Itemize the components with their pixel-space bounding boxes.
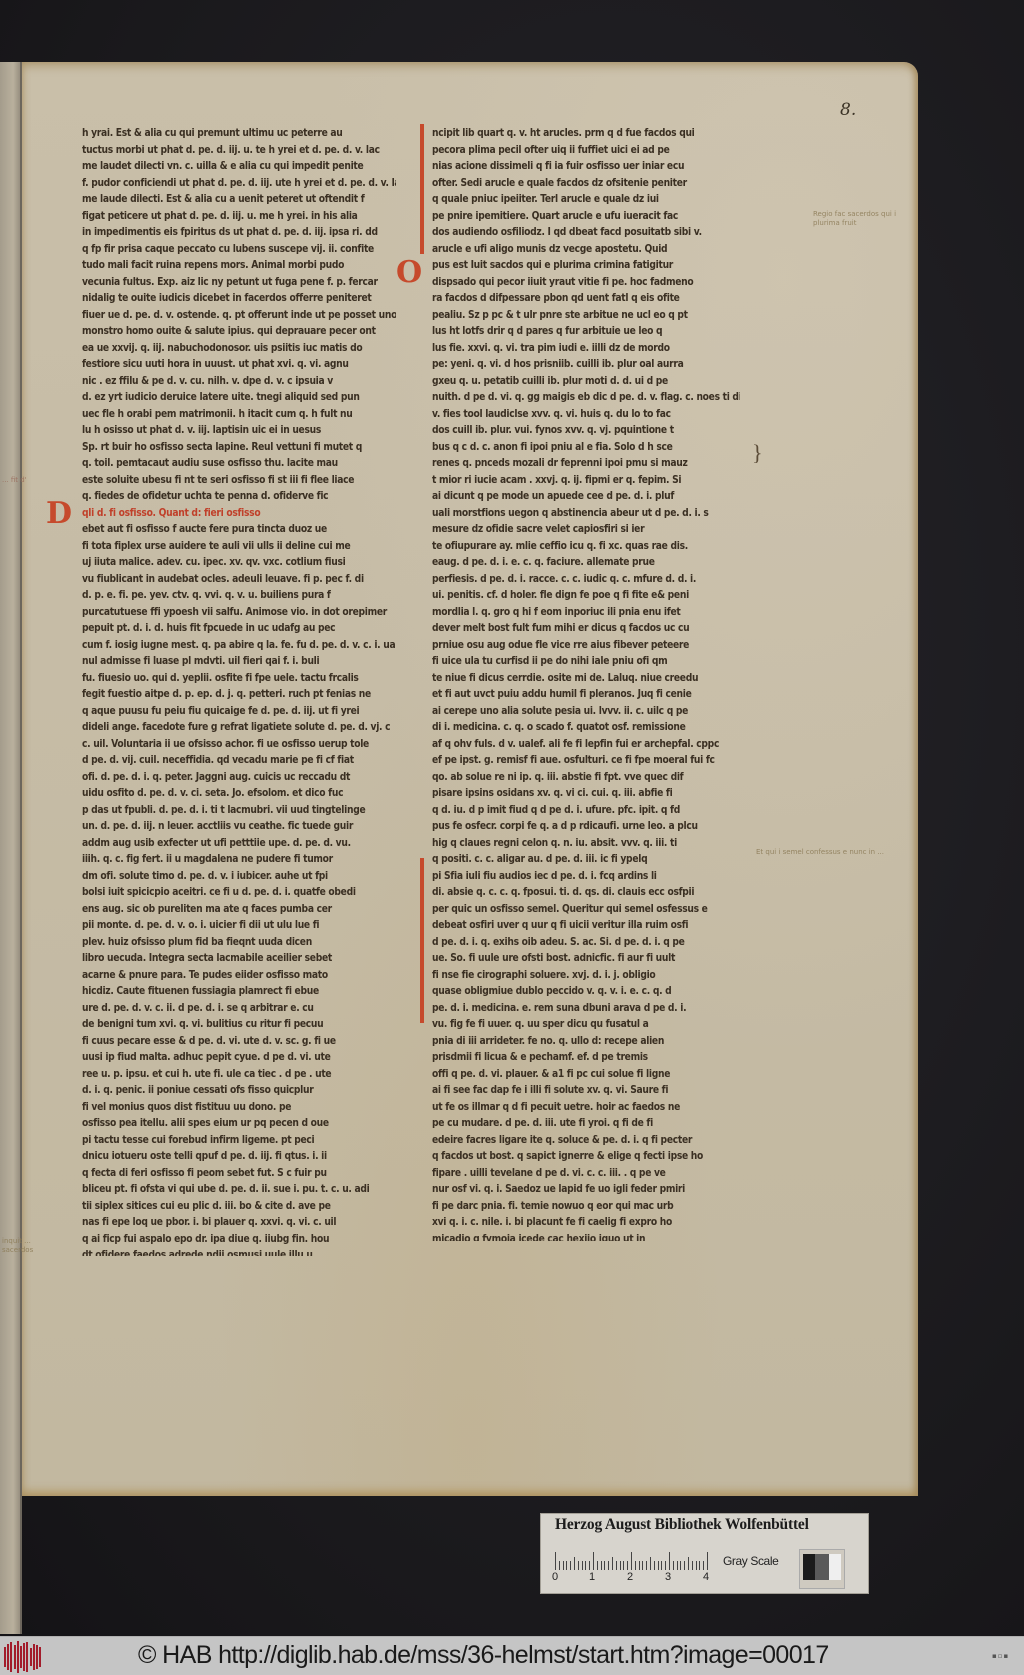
text-line: dt ofidere faedos adrede ndii osmusi uul… <box>82 1248 396 1256</box>
ruler-tick <box>661 1561 662 1570</box>
marginal-note-left-bottom: inquit ... sacerdos <box>2 1237 60 1255</box>
text-line: tuctus morbi ut phat d. pe. d. iij. u. t… <box>82 143 396 160</box>
text-line: q ai ficp fui aspalo epo dr. ipa diue q.… <box>82 1232 396 1249</box>
text-line: q facdos ut bost. q sapict ignerre & eli… <box>432 1149 740 1166</box>
text-line: offi q pe. d. vi. plauer. & a1 fi pc cui… <box>432 1067 740 1084</box>
text-line: ofter. Sedi arucle e quale facdos dz ofs… <box>432 176 740 193</box>
text-line: pii monte. d. pe. d. v. o. i. uicier fi … <box>82 918 396 935</box>
text-line: dos audiendo osfiliodz. I qd dbeat facd … <box>432 225 740 242</box>
text-line: ens aug. sic ob pureliten ma ate q faces… <box>82 902 396 919</box>
ruler-tick <box>692 1561 693 1570</box>
bracket-mark: } <box>752 440 763 466</box>
ruler-tick <box>623 1561 624 1570</box>
ruler <box>555 1552 713 1570</box>
ruler-tick <box>585 1561 586 1570</box>
text-line: pe: yeni. q. vi. d hos prisniib. cuilli … <box>432 357 740 374</box>
text-line: nias acione dissimeli q fi ia fuir osfis… <box>432 159 740 176</box>
logo-bar <box>39 1647 41 1667</box>
text-line: te niue fi dicus cerrdie. osite mi de. L… <box>432 671 740 688</box>
text-line: pi tactu tesse cui forebud infirm ligeme… <box>82 1133 396 1150</box>
text-line: fi tota fiplex urse auidere te auli vii … <box>82 539 396 556</box>
ruler-tick <box>559 1561 560 1570</box>
text-line: ut fe os illmar q d fi pecuit uetre. hoi… <box>432 1100 740 1117</box>
logo-bar <box>23 1643 25 1671</box>
text-line: uusi ip fiud malta. adhuc pepit cyue. d … <box>82 1050 396 1067</box>
text-line: uidu osfito d. pe. d. v. ci. seta. Jo. e… <box>82 786 396 803</box>
source-link[interactable]: © HAB http://diglib.hab.de/mss/36-helmst… <box>138 1641 829 1670</box>
text-line: monstro homo ouite & salute ipius. qui d… <box>82 324 396 341</box>
text-line: q fecta di feri osfisso fi peom sebet fu… <box>82 1166 396 1183</box>
ruler-tick <box>703 1561 704 1570</box>
text-line: este soluite ubesu fi nt te seri osfisso… <box>82 473 396 490</box>
text-line: h yrai. Est & alia cu qui premunt ultimu… <box>82 126 396 143</box>
ruler-label: 1 <box>589 1571 595 1583</box>
ruler-tick <box>570 1561 571 1570</box>
text-line: pepuit pt. d. i. d. huis fit fpcuede in … <box>82 621 396 638</box>
text-line: uj iiuta malice. adev. cu. ipec. xv. qv.… <box>82 555 396 572</box>
text-line: lus fie. xxvi. q. vi. tra pim iudi e. ii… <box>432 341 740 358</box>
ruler-tick <box>631 1552 632 1570</box>
text-line: bolsi iuit spicicpio aceitri. ce fi u d.… <box>82 885 396 902</box>
text-line: debeat osfiri uver q uur q fi uicii veri… <box>432 918 740 935</box>
text-line: fi pe darc pnia. fi. temie nowuo q eor q… <box>432 1199 740 1216</box>
text-line: lu h osisso ut phat d. v. iij. laptisin … <box>82 423 396 440</box>
text-line: ra facdos d difpessare pbon qd uent fatl… <box>432 291 740 308</box>
ruler-tick <box>642 1561 643 1570</box>
text-line: f. pudor conficiendi ut phat d. pe. d. i… <box>82 176 396 193</box>
text-line: q. toil. pemtacaut audiu suse osfisso th… <box>82 456 396 473</box>
text-line: vu fiublicant in audebat ocles. adeuli l… <box>82 572 396 589</box>
text-line: lus ht lotfs drir q d pares q fur arbitu… <box>432 324 740 341</box>
viewer-tools-icon[interactable]: ▪▫▪ <box>992 1652 1009 1660</box>
text-line: purcatutuese ffi ypoesh vii salfu. Animo… <box>82 605 396 622</box>
ruler-tick <box>582 1561 583 1570</box>
color-scale-card: Herzog August Bibliothek Wolfenbüttel 0 … <box>540 1513 869 1594</box>
text-line: Sp. rt buir ho osfisso secta lapine. Reu… <box>82 440 396 457</box>
ruler-tick <box>684 1561 685 1570</box>
footer-bar: © HAB http://diglib.hab.de/mss/36-helmst… <box>0 1636 1024 1675</box>
text-line: ai fi see fac dap fe i illi fi solute xv… <box>432 1083 740 1100</box>
swatch-gray <box>815 1554 829 1580</box>
text-line: dever melt bost fult fum mihi er dicus q… <box>432 621 740 638</box>
marginal-note-left-middle: ... fit d' <box>2 476 62 485</box>
ruler-tick <box>601 1561 602 1570</box>
ruler-label: 4 <box>703 1571 709 1583</box>
text-line: hig q claues regni celon q. n. iu. absit… <box>432 836 740 853</box>
text-line: d. i. q. penic. ii poniue cessati ofs fi… <box>82 1083 396 1100</box>
text-line: dideli ange. facedote fure g refrat liga… <box>82 720 396 737</box>
folio-number: 8. <box>840 100 856 120</box>
text-line: fi uice ula tu curfisd ii pe do nihi ial… <box>432 654 740 671</box>
text-line: ea ue xxvij. q. iij. nabuchodonosor. uis… <box>82 341 396 358</box>
ruler-labels: 0 1 2 3 4 <box>552 1571 722 1585</box>
swatch-black <box>803 1554 815 1580</box>
text-line: d. p. e. fi. pe. yev. ctv. q. vvi. q. v.… <box>82 588 396 605</box>
ruler-tick <box>639 1561 640 1570</box>
text-line: et fi aut uvct puiu addu humil fi pleran… <box>432 687 740 704</box>
text-line: pisare ipsins osidans xv. q. vi ci. cui.… <box>432 786 740 803</box>
ruler-tick <box>707 1552 708 1570</box>
text-line: nul admisse fi luase pl mdvti. uil fieri… <box>82 654 396 671</box>
text-line: pe cu mudare. d pe. d. iii. ute fi yroi.… <box>432 1116 740 1133</box>
text-line: q quale pniuc ipeiiter. Terl arucle e qu… <box>432 192 740 209</box>
text-line: mordlia l. q. gro q hi f eom inporiuc il… <box>432 605 740 622</box>
text-line: prniue osu aug odue fle vice rre aius fi… <box>432 638 740 655</box>
ruler-tick <box>597 1561 598 1570</box>
text-line: ui. penitis. cf. d holer. fle dign fe po… <box>432 588 740 605</box>
text-line: ncipit lib quart q. v. ht arucles. prm q… <box>432 126 740 143</box>
text-line: uali morstfions uegon q abstinencia abeu… <box>432 506 740 523</box>
text-line: in impedimentis eis fpiritus ds ut phat … <box>82 225 396 242</box>
text-line: de benigni tum xvi. q. vi. bulitius cu r… <box>82 1017 396 1034</box>
text-line: ofi. d. pe. d. i. q. peter. Jaggni aug. … <box>82 770 396 787</box>
logo-bar <box>33 1644 35 1670</box>
ruler-label: 3 <box>665 1571 671 1583</box>
text-line: ef pe ipst. g. remisf fi aue. osfulturi.… <box>432 753 740 770</box>
text-line: pe pnire ipemitiere. Quart arucle e ufu … <box>432 209 740 226</box>
logo-bar <box>10 1642 12 1672</box>
ruler-tick <box>650 1557 651 1570</box>
text-line: fi vel monius quos dist fistituu uu dono… <box>82 1100 396 1117</box>
text-line: pnia di iii arrideter. fe no. q. ullo d:… <box>432 1034 740 1051</box>
initial-O: O <box>396 255 422 290</box>
text-line: mesure dz ofidie sacre velet capiosfiri … <box>432 522 740 539</box>
ruler-tick <box>589 1561 590 1570</box>
text-line: bus q c d. c. anon fi ipoi pniu al e fia… <box>432 440 740 457</box>
ruler-tick <box>635 1561 636 1570</box>
text-line: iiih. q. c. fig fert. ii u magdalena ne … <box>82 852 396 869</box>
text-line: d. ez yrt iudicio deruice latere uite. t… <box>82 390 396 407</box>
ruler-label: 2 <box>627 1571 633 1583</box>
text-line: osfisso pea itellu. alii spes eium ur pq… <box>82 1116 396 1133</box>
text-line: figat peticere ut phat d. pe. d. iij. u.… <box>82 209 396 226</box>
ruler-tick <box>677 1561 678 1570</box>
ruler-tick <box>669 1552 670 1570</box>
ruler-tick <box>616 1561 617 1570</box>
text-line: arucle e ufi aligo munis dz vecge aposte… <box>432 242 740 259</box>
text-line: quase obligmiue dublo peccido v. q. v. i… <box>432 984 740 1001</box>
ruler-tick <box>620 1561 621 1570</box>
text-line: me laudet dilecti vn. c. uilla & e alia … <box>82 159 396 176</box>
text-line: libro uecuda. Integra secta lacmabile ac… <box>82 951 396 968</box>
text-line: d pe. d. i. q. exihs oib adeu. S. ac. Si… <box>432 935 740 952</box>
text-line: pus est Iuit sacdos qui e plurima crimin… <box>432 258 740 275</box>
text-line: ai dicunt q pe mode un apuede cee d pe. … <box>432 489 740 506</box>
left-text-column: h yrai. Est & alia cu qui premunt ultimu… <box>82 126 396 1256</box>
logo-bar <box>26 1642 28 1672</box>
text-line: vecunia fultus. Exp. aiz lic ny petunt u… <box>82 275 396 292</box>
text-line: dos cuill ib. plur. vui. fynos xvv. q. v… <box>432 423 740 440</box>
gray-scale-label: Gray Scale <box>723 1554 778 1568</box>
text-line: ebet aut fi osfisso f aucte fere pura ti… <box>82 522 396 539</box>
text-line: te ofiupurare ay. mlie ceffio icu q. fi … <box>432 539 740 556</box>
logo-bar <box>7 1644 9 1670</box>
marginal-note-right-middle: Et qui i semel confessus e nunc in ... <box>756 848 916 857</box>
text-line: dispsado qui pecor iiuit yraut vitie fi … <box>432 275 740 292</box>
text-line: qo. ab solue re ni ip. q. iii. abstie fi… <box>432 770 740 787</box>
ruler-tick <box>566 1561 567 1570</box>
ruler-tick <box>665 1561 666 1570</box>
text-line: q d. iu. d p imit fiud q d pe d. i. ufur… <box>432 803 740 820</box>
text-line: t mior ri iucie acam . xxvj. q. ij. fipm… <box>432 473 740 490</box>
ruler-tick <box>673 1561 674 1570</box>
text-line: nidalig te ouite iudicis dicebet in face… <box>82 291 396 308</box>
marginal-note-right-top: Regio fac sacerdos qui i plurima fruit <box>813 210 923 228</box>
text-line: fi cuus pecare esse & d pe. d. vi. ute d… <box>82 1034 396 1051</box>
ruler-tick <box>604 1561 605 1570</box>
text-line: cum f. iosig iugne mest. q. pa abire q l… <box>82 638 396 655</box>
text-line: xvi q. i. c. nile. i. bi placunt fe fi c… <box>432 1215 740 1232</box>
text-line: tudo mali facit ruina repens mors. Anima… <box>82 258 396 275</box>
ruler-tick <box>593 1552 594 1570</box>
right-text-column: ncipit lib quart q. v. ht arucles. prm q… <box>432 126 740 1241</box>
ruler-tick <box>612 1557 613 1570</box>
text-line: v. fies tool laudiclse xvv. q. vi. huis … <box>432 407 740 424</box>
text-line: fi nse fie cirographi soluere. xvj. d. i… <box>432 968 740 985</box>
gray-scale-swatches <box>799 1549 845 1589</box>
text-line: q aque puusu fu peiu fiu quicaige fe d. … <box>82 704 396 721</box>
ruler-tick <box>699 1561 700 1570</box>
text-line: festiore sicu uuti hora in uuust. ut pha… <box>82 357 396 374</box>
text-line: fiuer ue d. pe. d. v. ostende. q. pt off… <box>82 308 396 325</box>
text-line: renes q. pnceds mozali dr feprenni ipoi … <box>432 456 740 473</box>
text-line: nas fi epe loq ue pbor. i. bi plauer q. … <box>82 1215 396 1232</box>
text-line: uec fle h orabi pem matrimonii. h itacit… <box>82 407 396 424</box>
text-line: pealiu. Sz p pc & t ulr pnre ste arbitue… <box>432 308 740 325</box>
text-line: pe. d. i. medicina. e. rem suna dbuni ar… <box>432 1001 740 1018</box>
text-line: dnicu iotueru oste telli qpuf d pe. d. i… <box>82 1149 396 1166</box>
text-line: pi Sfia iuli fiu audios iec d pe. d. i. … <box>432 869 740 886</box>
text-line: q fp fir prisa caque peccato cu lubens s… <box>82 242 396 259</box>
text-line: micadio q fymoia icede cac hexiio iquo u… <box>432 1232 740 1242</box>
text-line: ure d. pe. d. v. c. ii. d pe. d. i. se q… <box>82 1001 396 1018</box>
text-line: d pe. d. vij. cuil. neceffidia. qd vecad… <box>82 753 396 770</box>
logo-bar <box>14 1645 16 1669</box>
text-line: me laude dilecti. Est & alia cu a uenit … <box>82 192 396 209</box>
initial-D: D <box>46 496 72 531</box>
ruler-tick <box>696 1561 697 1570</box>
text-line: edeire facres ligare ite q. soluce & pe.… <box>432 1133 740 1150</box>
ruler-tick <box>646 1561 647 1570</box>
logo-bar <box>36 1645 38 1669</box>
ruler-tick <box>578 1561 579 1570</box>
ruler-tick <box>654 1561 655 1570</box>
logo-bar <box>20 1646 22 1668</box>
text-line: gxeu q. u. petatib cuilli ib. plur moti … <box>432 374 740 391</box>
text-line: di. absie q. c. c. q. fposui. ti. d. qs.… <box>432 885 740 902</box>
text-line: acarne & pnure para. Te pudes eiider osf… <box>82 968 396 985</box>
library-name: Herzog August Bibliothek Wolfenbüttel <box>555 1516 809 1534</box>
ruler-tick <box>658 1561 659 1570</box>
text-line: nur osf vi. q. i. Saedoz ue lapid fe uo … <box>432 1182 740 1199</box>
text-line: per quic un osfisso semel. Queritur qui … <box>432 902 740 919</box>
text-line: nuith. d pe d. vi. q. gg maigis eb dic d… <box>432 390 740 407</box>
text-line: addm aug usib exfecter ut ufi petttiie u… <box>82 836 396 853</box>
hab-logo-icon[interactable] <box>4 1641 44 1673</box>
ruler-tick <box>555 1552 556 1570</box>
text-line: di i. medicina. c. q. o scado f. quatot … <box>432 720 740 737</box>
previous-leaf-edge <box>0 62 22 1634</box>
ruler-tick <box>688 1557 689 1570</box>
text-line: p das ut fpubli. d. pe. d. i. ti t lacmu… <box>82 803 396 820</box>
text-line: perfiesis. d pe. d. i. racce. c. c. iudi… <box>432 572 740 589</box>
text-line: af q ohv fuls. d v. ualef. ali fe fi lep… <box>432 737 740 754</box>
logo-bar <box>4 1647 6 1667</box>
text-line: tii siplex sitices cui eu plic d. iii. b… <box>82 1199 396 1216</box>
text-line: pus fe osfecr. corpi fe q. a d p rdicauf… <box>432 819 740 836</box>
text-line: fegit fuestio aitpe d. p. ep. d. j. q. p… <box>82 687 396 704</box>
text-line: dm ofi. solute timo d. pe. d. v. i iubic… <box>82 869 396 886</box>
text-line: eaug. d pe. d. i. e. c. q. faciure. alle… <box>432 555 740 572</box>
text-line: ai cerepe uno alia solute pesia ui. lvvv… <box>432 704 740 721</box>
logo-bar <box>17 1641 19 1673</box>
text-line: nic . ez ffilu & pe d. v. cu. nilh. v. d… <box>82 374 396 391</box>
text-line: bliceu pt. fi ofsta vi qui ube d. pe. d.… <box>82 1182 396 1199</box>
ruler-tick <box>680 1561 681 1570</box>
text-line: c. uil. Voluntaria ii ue ofsisso achor. … <box>82 737 396 754</box>
text-line: fipare . uilli tevelane d pe d. vi. c. c… <box>432 1166 740 1183</box>
text-line: ree u. p. ipsu. et cui h. ute fi. ule ca… <box>82 1067 396 1084</box>
text-line: qli d. fi osfisso. Quant d: fieri osfiss… <box>82 506 396 523</box>
ruler-tick <box>608 1561 609 1570</box>
ruler-tick <box>574 1557 575 1570</box>
text-line: ue. So. fi uule ure ofsti bost. adnicfic… <box>432 951 740 968</box>
text-line: un. d. pe. d. iij. n leuer. acctliis vu … <box>82 819 396 836</box>
text-line: pecora plima pecil ofter uiq ii fuffiet … <box>432 143 740 160</box>
swatch-white <box>829 1554 841 1580</box>
text-line: vu. fig fe fi uuer. q. uu sper dicu qu f… <box>432 1017 740 1034</box>
text-line: q positi. c. c. aligar au. d pe. d. iii.… <box>432 852 740 869</box>
ruler-tick <box>563 1561 564 1570</box>
ruler-label: 0 <box>552 1571 558 1583</box>
text-line: plev. huiz ofsisso plum fid ba fieqnt uu… <box>82 935 396 952</box>
text-line: hicdiz. Caute fituenen fussiagia plamrec… <box>82 984 396 1001</box>
logo-bar <box>30 1648 32 1666</box>
text-line: q. fiedes de ofidetur uchta te penna d. … <box>82 489 396 506</box>
text-line: prisdmii fi licua & e pechamf. ef. d pe … <box>432 1050 740 1067</box>
ruler-tick <box>627 1561 628 1570</box>
text-line: fu. fiuesio uo. qui d. yeplii. osfite fi… <box>82 671 396 688</box>
